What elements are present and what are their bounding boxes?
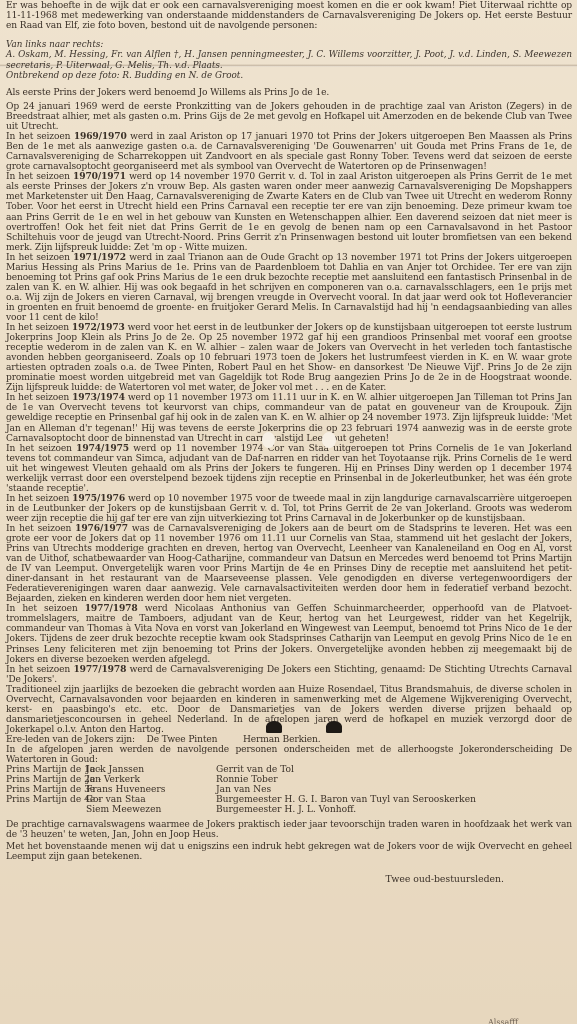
honors-name: Jack Janssen: [86, 765, 216, 775]
season-paragraph: In het seizoen 1970/1971 werd op 14 nove…: [6, 172, 572, 252]
honors-name: Frans Huveneers: [86, 785, 216, 795]
honors-list: Prins Martijn de 1e -Jack JanssenGerrit …: [6, 765, 572, 815]
honors-title: Prins Martijn de 1e -: [6, 765, 86, 775]
honors-other: Ronnie Tober: [216, 775, 556, 785]
season-label: 1977/1978: [85, 603, 138, 614]
paragraph-text: In het seizoen: [6, 665, 73, 675]
season-paragraph: In het seizoen 1977/1978 werd Nicolaas A…: [6, 604, 572, 664]
photo-caption: Van links naar rechts: A. Oskam, M. Hess…: [6, 40, 572, 81]
honorary-label: Ere-leden van de Jokers zijn:: [6, 735, 135, 745]
season-label: 1974/1975: [76, 443, 129, 454]
history-paragraphs: Op 24 januari 1969 werd de eerste Pronkz…: [6, 102, 572, 735]
cut-off-text: Alssafff: [488, 1018, 518, 1024]
season-label: 1976/1977: [75, 523, 128, 534]
season-paragraph: Traditioneel zijn jaarlijks de bezoeken …: [6, 685, 572, 735]
intro-paragraph: Er was behoefte in de wijk dat er ook ee…: [6, 1, 572, 31]
honors-name: Cor van Staa: [86, 795, 216, 805]
paragraph-text: In het seizoen: [6, 494, 72, 504]
paragraph-text: was de Carnavalsvereniging de Jokers aan…: [6, 524, 572, 604]
honorary-members: Ere-leden van de Jokers zijn: De Twee Pi…: [6, 735, 572, 745]
paragraph-text: In het seizoen: [6, 524, 75, 534]
honorary-member: De Twee Pinten: [147, 735, 218, 745]
paragraph-text: werd in zaal Trianon aan de Oude Gracht …: [6, 253, 572, 323]
paper-hole: [266, 721, 282, 733]
paragraph-text: In het seizoen: [6, 132, 74, 142]
season-label: 1969/1970: [74, 131, 127, 142]
paragraph-text: In het seizoen: [6, 323, 72, 333]
season-paragraph: In het seizoen 1975/1976 werd op 10 nove…: [6, 494, 572, 524]
season-label: 1977/1978: [73, 664, 126, 675]
paragraph-text: Op 24 januari 1969 werd de eerste Pronkz…: [6, 102, 572, 132]
season-paragraph: In het seizoen 1971/1972 werd in zaal Tr…: [6, 253, 572, 323]
honors-name: Siem Meewezen: [86, 805, 216, 815]
closing-paragraph: De prachtige carnavalswagens waarmee de …: [6, 820, 572, 840]
caption-names: A. Oskam, M. Hessing, Fr. van Alflen †, …: [6, 50, 572, 70]
honorary-member: Herman Berkien.: [243, 735, 321, 745]
honors-title: [6, 805, 86, 815]
paragraph-text: In het seizoen: [6, 444, 76, 454]
season-paragraph: In het seizoen 1976/1977 was de Carnaval…: [6, 524, 572, 604]
honors-other: Jan van Nes: [216, 785, 556, 795]
honors-title: Prins Martijn de 3e -: [6, 785, 86, 795]
paper-hole: [262, 432, 275, 448]
season-paragraph: In het seizoen 1972/1973 werd voor het e…: [6, 323, 572, 393]
paragraph-text: werd voor het eerst in de leutbunker der…: [6, 323, 572, 393]
paragraph-text: In het seizoen: [6, 253, 73, 263]
first-prince: Als eerste Prins der Jokers werd benoemd…: [6, 88, 572, 98]
honors-other: Gerrit van de Tol: [216, 765, 556, 775]
paragraph-text: In het seizoen: [6, 604, 85, 614]
honors-intro: In de afgelopen jaren werden de navolgen…: [6, 745, 572, 765]
paper-hole: [326, 721, 342, 733]
season-paragraph: In het seizoen 1977/1978 werd de Carnava…: [6, 665, 572, 685]
paragraph-text: In het seizoen: [6, 393, 72, 403]
newspaper-clipping: Er was behoefte in de wijk dat er ook ee…: [6, 0, 572, 885]
closing-paragraph: Met het bovenstaande menen wij dat u eni…: [6, 842, 572, 862]
paper-hole: [322, 432, 336, 448]
season-paragraph: Op 24 januari 1969 werd de eerste Pronkz…: [6, 102, 572, 132]
paragraph-text: In het seizoen: [6, 172, 73, 182]
season-paragraph: In het seizoen 1969/1970 werd in zaal Ar…: [6, 132, 572, 172]
season-paragraph: In het seizoen 1973/1974 werd op 11 nove…: [6, 393, 572, 443]
honors-other: Burgemeester H. G. I. Baron van Tuyl van…: [216, 795, 556, 805]
caption-heading: Van links naar rechts:: [6, 40, 572, 50]
season-label: 1973/1974: [72, 392, 125, 403]
honors-title: Prins Martijn de 4e -: [6, 795, 86, 805]
caption-missing: Ontbrekend op deze foto: R. Budding en N…: [6, 71, 572, 81]
season-label: 1971/1972: [73, 252, 126, 263]
season-label: 1975/1976: [72, 493, 125, 504]
honors-title: Prins Martijn de 2e -: [6, 775, 86, 785]
season-label: 1970/1971: [73, 171, 126, 182]
honors-other: Burgemeester H. J. L. Vonhoff.: [216, 805, 556, 815]
season-label: 1972/1973: [72, 322, 125, 333]
signature: Twee oud-bestuursleden.: [6, 874, 572, 885]
season-paragraph: In het seizoen 1974/1975 werd op 11 nove…: [6, 444, 572, 494]
paragraph-text: werd op 14 november 1970 Gerrit v. d. To…: [6, 172, 572, 252]
paragraph-text: Traditioneel zijn jaarlijks de bezoeken …: [6, 685, 572, 735]
honors-name: Jan Verkerk: [86, 775, 216, 785]
